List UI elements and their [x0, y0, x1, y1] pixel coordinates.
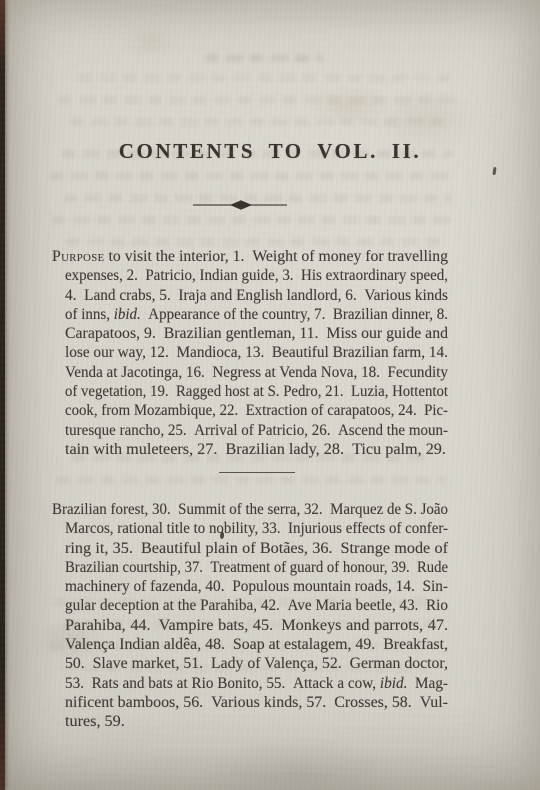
text-segment: lose our way, 12. Mandioca, 13. Beautifu…	[65, 343, 448, 361]
text-segment: Mag-	[407, 674, 448, 692]
text-line: ring it, 35. Beautiful plain of Botães, …	[65, 539, 448, 558]
text-segment: gular deception at the Parahiba, 42. Ave…	[65, 596, 448, 614]
text-segment: Venda at Jacotinga, 16. Negress at Venda…	[65, 363, 448, 381]
text-segment: ibid.	[114, 305, 141, 323]
text-segment: 4. Land crabs, 5. Iraja and English land…	[65, 286, 448, 304]
ornamental-divider	[193, 198, 287, 212]
text-segment: Marcos, rational title to nobility, 33. …	[65, 519, 448, 537]
text-segment: Carapatoos, 9. Brazilian gentleman, 11. …	[65, 324, 448, 342]
page-title: CONTENTS TO VOL. II.	[0, 139, 540, 164]
text-line: nificent bamboos, 56. Various kinds, 57.…	[65, 693, 442, 712]
text-line: of inns, ibid. Appearance of the country…	[65, 305, 420, 324]
scanned-book-page: CONTENTS TO VOL. II. Purpose to visit th…	[0, 0, 540, 790]
text-line: of vegetation, 19. Ragged host at S. Ped…	[65, 382, 415, 401]
text-segment: Parahiba, 44. Vampire bats, 45. Monkeys …	[65, 616, 448, 634]
contents-paragraph-2: Brazilian forest, 30. Summit of the serr…	[52, 500, 448, 732]
text-segment: tain with muleteers, 27. Brazilian lady,…	[65, 440, 446, 458]
text-segment: Appearance of the country, 7. Brazilian …	[141, 305, 448, 323]
text-line: Brazilian courtship, 37. Treatment of gu…	[65, 558, 413, 577]
contents-paragraph-1: Purpose to visit the interior, 1. Weight…	[52, 247, 448, 459]
text-segment: ring it, 35. Beautiful plain of Botães, …	[65, 539, 448, 557]
text-segment: nificent bamboos, 56. Various kinds, 57.…	[65, 693, 448, 711]
text-segment: 53. Rats and bats at Rio Bonito, 55. Att…	[65, 674, 380, 692]
text-line: Valença Indian aldêa, 48. Soap at estala…	[65, 635, 441, 654]
text-segment: Valença Indian aldêa, 48. Soap at estala…	[65, 635, 448, 653]
text-segment: machinery of fazenda, 40. Populous mount…	[65, 577, 448, 595]
printed-content: CONTENTS TO VOL. II. Purpose to visit th…	[0, 0, 540, 790]
text-segment: cook, from Mozambique, 22. Extraction of…	[65, 401, 448, 419]
text-segment: of vegetation, 19. Ragged host at S. Ped…	[65, 382, 448, 400]
diamond-rule-icon	[193, 198, 287, 212]
text-line: tain with muleteers, 27. Brazilian lady,…	[65, 440, 448, 459]
text-line: tures, 59.	[65, 712, 448, 731]
text-segment: tures, 59.	[65, 712, 125, 730]
text-segment: Brazilian forest, 30. Summit of the serr…	[52, 500, 448, 518]
text-line: Venda at Jacotinga, 16. Negress at Venda…	[65, 363, 423, 382]
text-segment: expenses, 2. Patricio, Indian guide, 3. …	[65, 266, 448, 284]
text-line: lose our way, 12. Mandioca, 13. Beautifu…	[65, 343, 426, 362]
text-segment: Brazilian courtship, 37. Treatment of gu…	[65, 558, 448, 576]
text-segment: of inns,	[65, 305, 114, 323]
text-segment: ibid.	[380, 674, 407, 692]
text-segment: turesque rancho, 25. Arrival of Patricio…	[65, 421, 448, 439]
text-line: 50. Slave market, 51. Lady of Valença, 5…	[65, 654, 438, 673]
text-segment: Purpose	[52, 247, 105, 265]
text-line: turesque rancho, 25. Arrival of Patricio…	[65, 421, 420, 440]
text-line: machinery of fazenda, 40. Populous mount…	[65, 577, 428, 596]
section-divider	[219, 472, 295, 473]
text-line: expenses, 2. Patricio, Indian guide, 3. …	[65, 266, 420, 285]
text-line: Marcos, rational title to nobility, 33. …	[65, 519, 418, 538]
book-gutter-edge	[0, 0, 5, 790]
text-line: 4. Land crabs, 5. Iraja and English land…	[65, 286, 427, 305]
text-line: Carapatoos, 9. Brazilian gentleman, 11. …	[65, 324, 439, 343]
text-segment: 50. Slave market, 51. Lady of Valença, 5…	[65, 654, 448, 672]
text-line: gular deception at the Parahiba, 42. Ave…	[65, 596, 425, 615]
text-line: Parahiba, 44. Vampire bats, 45. Monkeys …	[65, 616, 448, 635]
text-line: Purpose to visit the interior, 1. Weight…	[52, 247, 438, 266]
text-line: Brazilian forest, 30. Summit of the serr…	[52, 500, 418, 519]
text-segment: to visit the interior, 1. Weight of mone…	[105, 247, 448, 265]
text-line: cook, from Mozambique, 22. Extraction of…	[65, 401, 416, 420]
text-line: 53. Rats and bats at Rio Bonito, 55. Att…	[65, 674, 425, 693]
